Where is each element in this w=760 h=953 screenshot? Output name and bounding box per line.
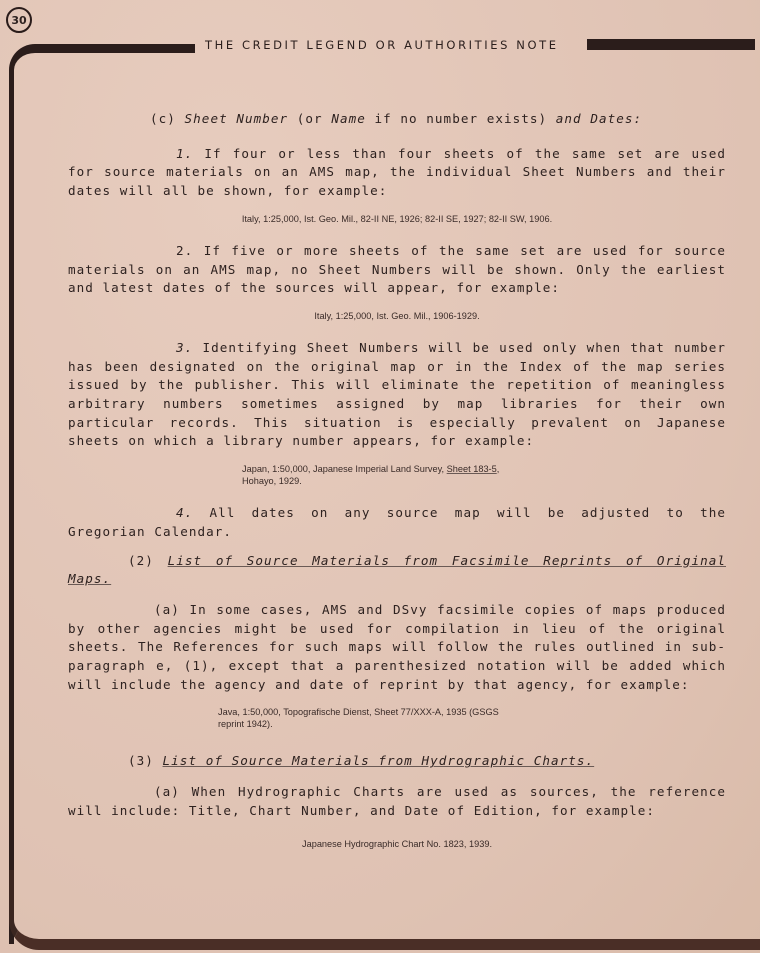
item-2-paragraph: 2. If five or more sheets of the same se… (68, 242, 726, 298)
section-2a-example-line1: Java, 1:50,000, Topografische Dienst, Sh… (218, 707, 499, 717)
item-1-example: Italy, 1:25,000, Ist. Geo. Mil., 82-II N… (68, 213, 726, 225)
item-2-number: 2. (176, 243, 193, 258)
frame-border-top-right (587, 39, 755, 50)
item-3-text: Identifying Sheet Numbers will be used o… (68, 340, 726, 449)
section-2-label: (2) (128, 553, 154, 568)
item-1-paragraph: 1. If four or less than four sheets of t… (68, 145, 726, 201)
item-3-example-comma: , (497, 464, 500, 474)
section-c-title-sheet-number: Sheet Number (185, 111, 289, 126)
item-3-example-text: Japan, 1:50,000, Japanese Imperial Land … (242, 464, 444, 474)
item-3-number: 3. (176, 340, 193, 355)
item-4-paragraph: 4. All dates on any source map will be a… (68, 504, 726, 541)
item-2-text: If five or more sheets of the same set a… (68, 243, 726, 295)
section-3-heading: (3) List of Source Materials from Hydrog… (68, 752, 726, 771)
section-3-title: List of Source Materials from Hydrograph… (163, 753, 595, 768)
section-3-label: (3) (128, 753, 154, 768)
section-3a-label: (a) (154, 784, 180, 799)
item-3-example-line2: Hohayo, 1929. (242, 476, 302, 486)
section-2-heading: (2) List of Source Materials from Facsim… (68, 552, 726, 589)
item-4-number: 4. (176, 505, 193, 520)
page-number: 30 (6, 7, 32, 33)
section-2a-example-line2: reprint 1942). (218, 719, 273, 729)
section-c-title-or: (or (297, 111, 323, 126)
section-3a-paragraph: (a) When Hydrographic Charts are used as… (68, 783, 726, 820)
section-c-heading: (c) Sheet Number (or Name if no number e… (68, 110, 726, 129)
frame-border-bottom (9, 870, 760, 950)
item-3-example: Japan, 1:50,000, Japanese Imperial Land … (68, 463, 726, 487)
section-2a-paragraph: (a) In some cases, AMS and DSvy facsimil… (68, 601, 726, 695)
section-c-label: (c) (150, 111, 176, 126)
item-2-example: Italy, 1:25,000, Ist. Geo. Mil., 1906-19… (68, 310, 726, 322)
item-1-number: 1. (176, 146, 193, 161)
item-4-text: All dates on any source map will be adju… (68, 505, 726, 539)
section-3a-example: Japanese Hydrographic Chart No. 1823, 19… (68, 838, 726, 850)
item-3-paragraph: 3. Identifying Sheet Numbers will be use… (68, 339, 726, 451)
section-c-title-condition: if no number exists) (375, 111, 548, 126)
section-c-title-name: Name (331, 111, 366, 126)
running-head: THE CREDIT LEGEND OR AUTHORITIES NOTE (205, 38, 580, 52)
section-c-title-dates: and Dates: (556, 111, 642, 126)
item-1-text: If four or less than four sheets of the … (68, 146, 726, 198)
section-2-title: List of Source Materials from Facsimile … (68, 553, 726, 587)
section-2a-label: (a) (154, 602, 180, 617)
item-3-example-sheet: Sheet 183-5 (447, 464, 497, 474)
page-body: (c) Sheet Number (or Name if no number e… (68, 110, 726, 850)
section-2a-example: Java, 1:50,000, Topografische Dienst, Sh… (68, 706, 726, 730)
